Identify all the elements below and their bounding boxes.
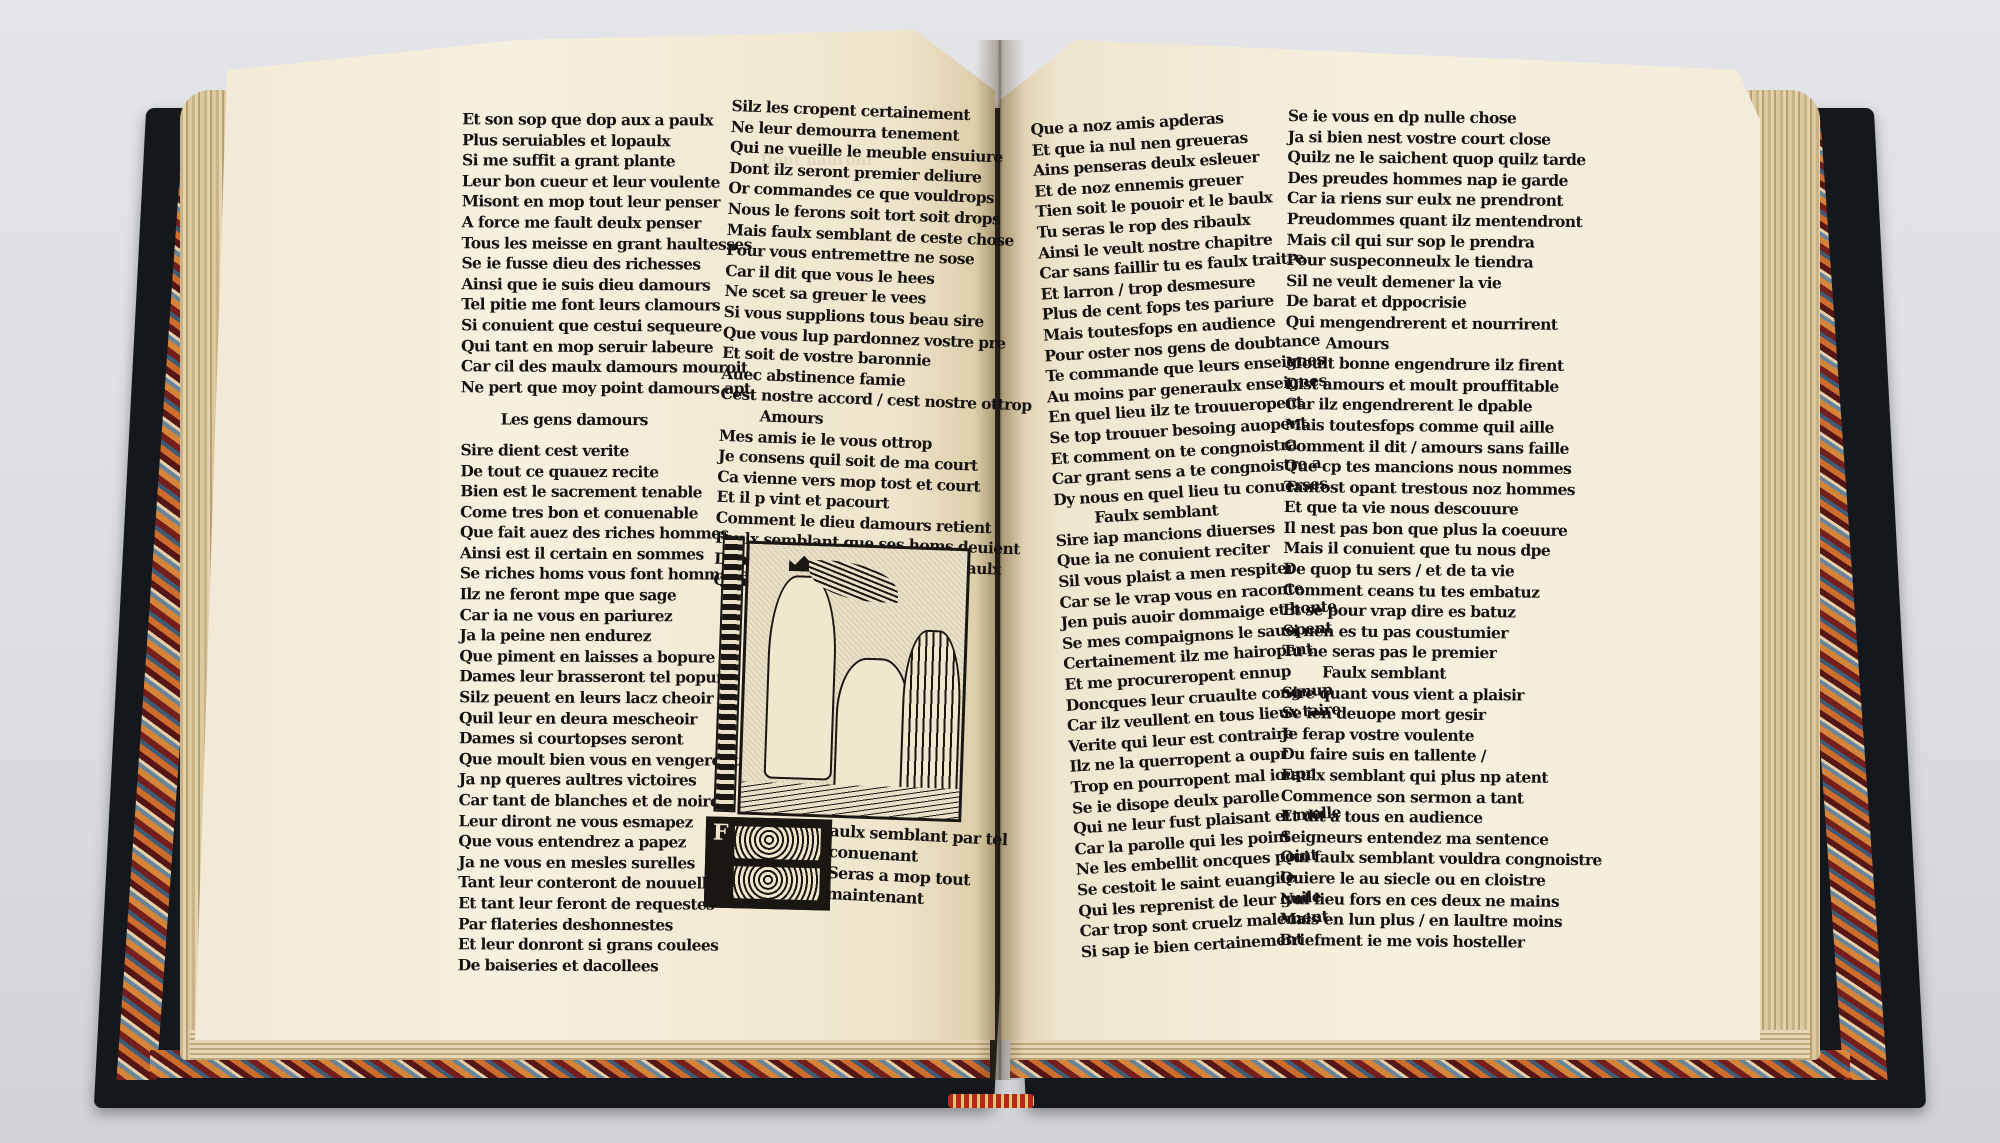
verse-line: Faulx semblant qui plus np atent [1281,765,1603,789]
verse-line: Ilz ne feront mpe que sage [460,584,750,606]
woodcut-scene [737,541,970,823]
verse-line: Qui mengendrerent et nourrirent [1286,312,1608,336]
verse-line: Et leur donront si grans coulees [458,934,748,956]
headband [948,1094,1034,1108]
verse-line: Ainsi est il certain en sommes [460,543,750,565]
verse-line: Se riches homs vous font hommage [460,564,750,586]
verse-line: Dames leur brasseront tel popure [459,667,749,689]
verse-line: De baiseries et dacollees [458,955,748,977]
verse-line: Preudommes quant ilz mentendront [1287,209,1609,233]
text-after-initial: aulx semblant par tel conuenant Seras a … [826,820,1008,913]
verse-line: Car ia ne vous en pariurez [460,605,750,627]
initial-letter: F [712,820,728,846]
verse-line: A force me fault deulx penser [462,212,752,234]
verse-line: Sire dient cest verite [460,440,750,462]
verse-line: Que piment en laisses a bopure [459,646,749,668]
left-page-column-2: Silz les cropent certainement Ne leur de… [713,96,1043,602]
ground-hatching [740,782,959,820]
verse-line: Se ie vous en dp nulle chose [1288,106,1610,130]
verse-line: Car cil des maulx damours mouroit [461,356,751,378]
verse-line: Leur bon cueur et leur voulente [462,171,752,193]
verse-line: Que fait auez des riches hommes [460,523,750,545]
speaker-heading: Faulx semblant [1282,662,1604,686]
verse-line: Bien est le sacrement tenable [460,481,750,503]
verse-line: Briefment ie me vois hosteller [1279,930,1601,954]
verse-line: Ja la peine nen endurez [459,625,749,647]
verse-line: Tous les meisse en grant haultesses [462,233,752,255]
verse-line: Dames si courtopses seront [459,728,749,750]
verse-line: Mais toutesfops comme quil aille [1285,415,1607,439]
woodcut-illustration [713,536,973,827]
verse-line: Que cp tes mancions nous nommes [1284,456,1606,480]
verse-line: Quiere le au siecle ou en cloistre [1280,868,1602,892]
initial-foliage-ornament [734,826,821,860]
speaker-heading: Les gens damours [461,410,751,432]
verse-line: De quop tu sers / et de ta vie [1283,559,1605,583]
verse-line: Come tres bon et conuenable [460,502,750,524]
verse-line: Et son sop que dop aux a paulx [462,109,752,131]
verse-line: Plus seruiables et lopaulx [462,130,752,152]
verse-line: Se ie fusse dieu des richesses [461,253,751,275]
verse-line: Tel pitie me font leurs clamours [461,295,751,317]
right-page-column-2: Se ie vous en dp nulle chose Ja si bien … [1279,106,1609,954]
verse-line: Ainsi que ie suis dieu damours [461,274,751,296]
verse-line: De tout ce quauez recite [460,461,750,483]
verse-line: Ne pert que moy point damours apt [461,377,751,399]
decorated-initial-f: F [704,816,832,910]
verse-line: Que moult bien vous en vengeront [459,749,749,771]
verse-line: Si me suffit a grant plante [462,150,752,172]
verse-line: Moult bonne engendrure ilz firent [1285,353,1607,377]
verse-line: Ja np queres aultres victoires [459,770,749,792]
verse-line: Misont en mop tout leur penser [462,192,752,214]
verse-line: Si conuient que cestui sequeure [461,315,751,337]
verse-line: Quil leur en deura mescheoir [459,708,749,730]
verse-line: Car tant de blanches et de noires [459,790,749,812]
initial-foliage-ornament [733,866,820,900]
verse-line: Par flateries deshonnestes [458,914,748,936]
god-of-love-figure [764,574,839,780]
verse-line: Silz peuent en leurs lacz cheoir [459,687,749,709]
verse-line: Qui tant en mop seruir labeure [461,336,751,358]
